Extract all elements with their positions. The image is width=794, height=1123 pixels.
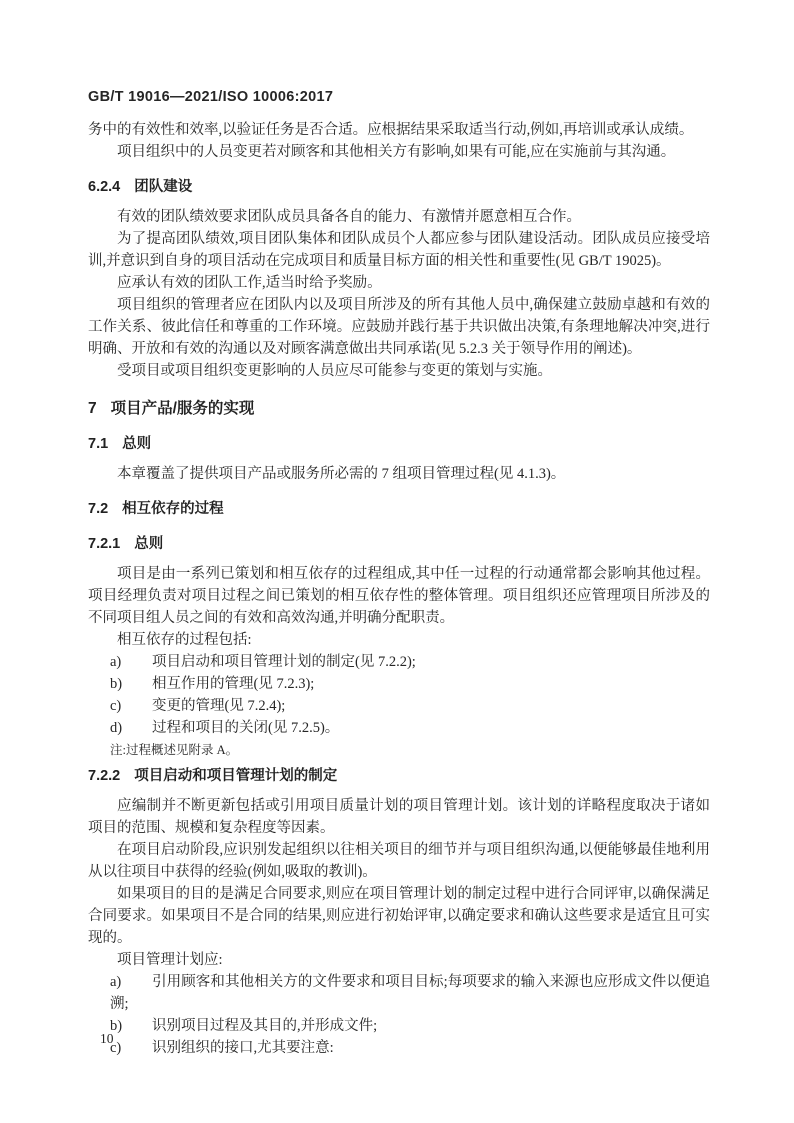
- section-number: 7.1: [88, 433, 108, 455]
- section-title: 总则: [122, 436, 151, 452]
- list-item-label: a): [110, 971, 152, 993]
- paragraph: 为了提高团队绩效,项目团队集体和团队成员个人都应参与团队建设活动。团队成员应接受…: [88, 228, 710, 272]
- list-item-text: 相互作用的管理(见 7.2.3);: [152, 676, 314, 692]
- section-heading-7-2-2: 7.2.2项目启动和项目管理计划的制定: [88, 765, 710, 787]
- paragraph: 有效的团队绩效要求团队成员具备各自的能力、有激情并愿意相互合作。: [88, 206, 710, 228]
- page-number: 10: [100, 1028, 114, 1050]
- paragraph: 务中的有效性和效率,以验证任务是否合适。应根据结果采取适当行动,例如,再培训或承…: [88, 119, 710, 141]
- section-heading-6-2-4: 6.2.4团队建设: [88, 176, 710, 198]
- note-text: 注:过程概述见附录 A。: [88, 739, 710, 761]
- list-item-text: 变更的管理(见 7.2.4);: [152, 698, 285, 714]
- list-item-label: c): [110, 695, 152, 717]
- list-item: b)识别项目过程及其目的,并形成文件;: [88, 1015, 710, 1037]
- list-item-label: d): [110, 717, 152, 739]
- standard-number-header: GB/T 19016—2021/ISO 10006:2017: [88, 86, 710, 108]
- section-heading-7-2-1: 7.2.1总则: [88, 533, 710, 555]
- section-number: 7.2.2: [88, 765, 120, 787]
- section-number: 6.2.4: [88, 176, 120, 198]
- list-item-label: c): [110, 1037, 152, 1059]
- list-item: c)识别组织的接口,尤其要注意:: [88, 1037, 710, 1059]
- section-title: 项目启动和项目管理计划的制定: [134, 768, 337, 784]
- section-heading-7-2: 7.2相互依存的过程: [88, 498, 710, 520]
- chapter-title: 项目产品/服务的实现: [111, 400, 255, 417]
- paragraph: 项目组织中的人员变更若对顾客和其他相关方有影响,如果有可能,应在实施前与其沟通。: [88, 141, 710, 163]
- paragraph: 受项目或项目组织变更影响的人员应尽可能参与变更的策划与实施。: [88, 360, 710, 382]
- list-item-label: b): [110, 673, 152, 695]
- list-item: a)引用顾客和其他相关方的文件要求和项目目标;每项要求的输入来源也应形成文件以便…: [88, 971, 710, 1015]
- paragraph: 相互依存的过程包括:: [88, 629, 710, 651]
- chapter-number: 7: [88, 397, 97, 420]
- section-number: 7.2: [88, 498, 108, 520]
- list-item-label: a): [110, 651, 152, 673]
- section-heading-7-1: 7.1总则: [88, 433, 710, 455]
- paragraph: 项目组织的管理者应在团队内以及项目所涉及的所有其他人员中,确保建立鼓励卓越和有效…: [88, 294, 710, 360]
- chapter-heading-7: 7项目产品/服务的实现: [88, 397, 710, 420]
- paragraph: 应编制并不断更新包括或引用项目质量计划的项目管理计划。该计划的详略程度取决于诸如…: [88, 795, 710, 839]
- list-item: b)相互作用的管理(见 7.2.3);: [88, 673, 710, 695]
- section-title: 总则: [134, 536, 163, 552]
- list-item-text: 过程和项目的关闭(见 7.2.5)。: [152, 720, 339, 736]
- list-item-text: 识别项目过程及其目的,并形成文件;: [152, 1018, 377, 1034]
- list-item: c)变更的管理(见 7.2.4);: [88, 695, 710, 717]
- section-title: 团队建设: [134, 179, 192, 195]
- list-item: d)过程和项目的关闭(见 7.2.5)。: [88, 717, 710, 739]
- paragraph: 如果项目的目的是满足合同要求,则应在项目管理计划的制定过程中进行合同评审,以确保…: [88, 883, 710, 949]
- paragraph: 项目是由一系列已策划和相互依存的过程组成,其中任一过程的行动通常都会影响其他过程…: [88, 563, 710, 629]
- section-title: 相互依存的过程: [122, 501, 224, 517]
- list-item-text: 项目启动和项目管理计划的制定(见 7.2.2);: [152, 654, 416, 670]
- paragraph: 在项目启动阶段,应识别发起组织以往相关项目的细节并与项目组织沟通,以便能够最佳地…: [88, 839, 710, 883]
- list-item: a)项目启动和项目管理计划的制定(见 7.2.2);: [88, 651, 710, 673]
- list-item-label: b): [110, 1015, 152, 1037]
- list-item-text: 识别组织的接口,尤其要注意:: [152, 1040, 334, 1056]
- section-number: 7.2.1: [88, 533, 120, 555]
- paragraph: 本章覆盖了提供项目产品或服务所必需的 7 组项目管理过程(见 4.1.3)。: [88, 463, 710, 485]
- list-item-text: 引用顾客和其他相关方的文件要求和项目目标;每项要求的输入来源也应形成文件以便追溯…: [110, 974, 710, 1012]
- paragraph: 项目管理计划应:: [88, 949, 710, 971]
- paragraph: 应承认有效的团队工作,适当时给予奖励。: [88, 272, 710, 294]
- document-page: GB/T 19016—2021/ISO 10006:2017 务中的有效性和效率…: [0, 0, 794, 1123]
